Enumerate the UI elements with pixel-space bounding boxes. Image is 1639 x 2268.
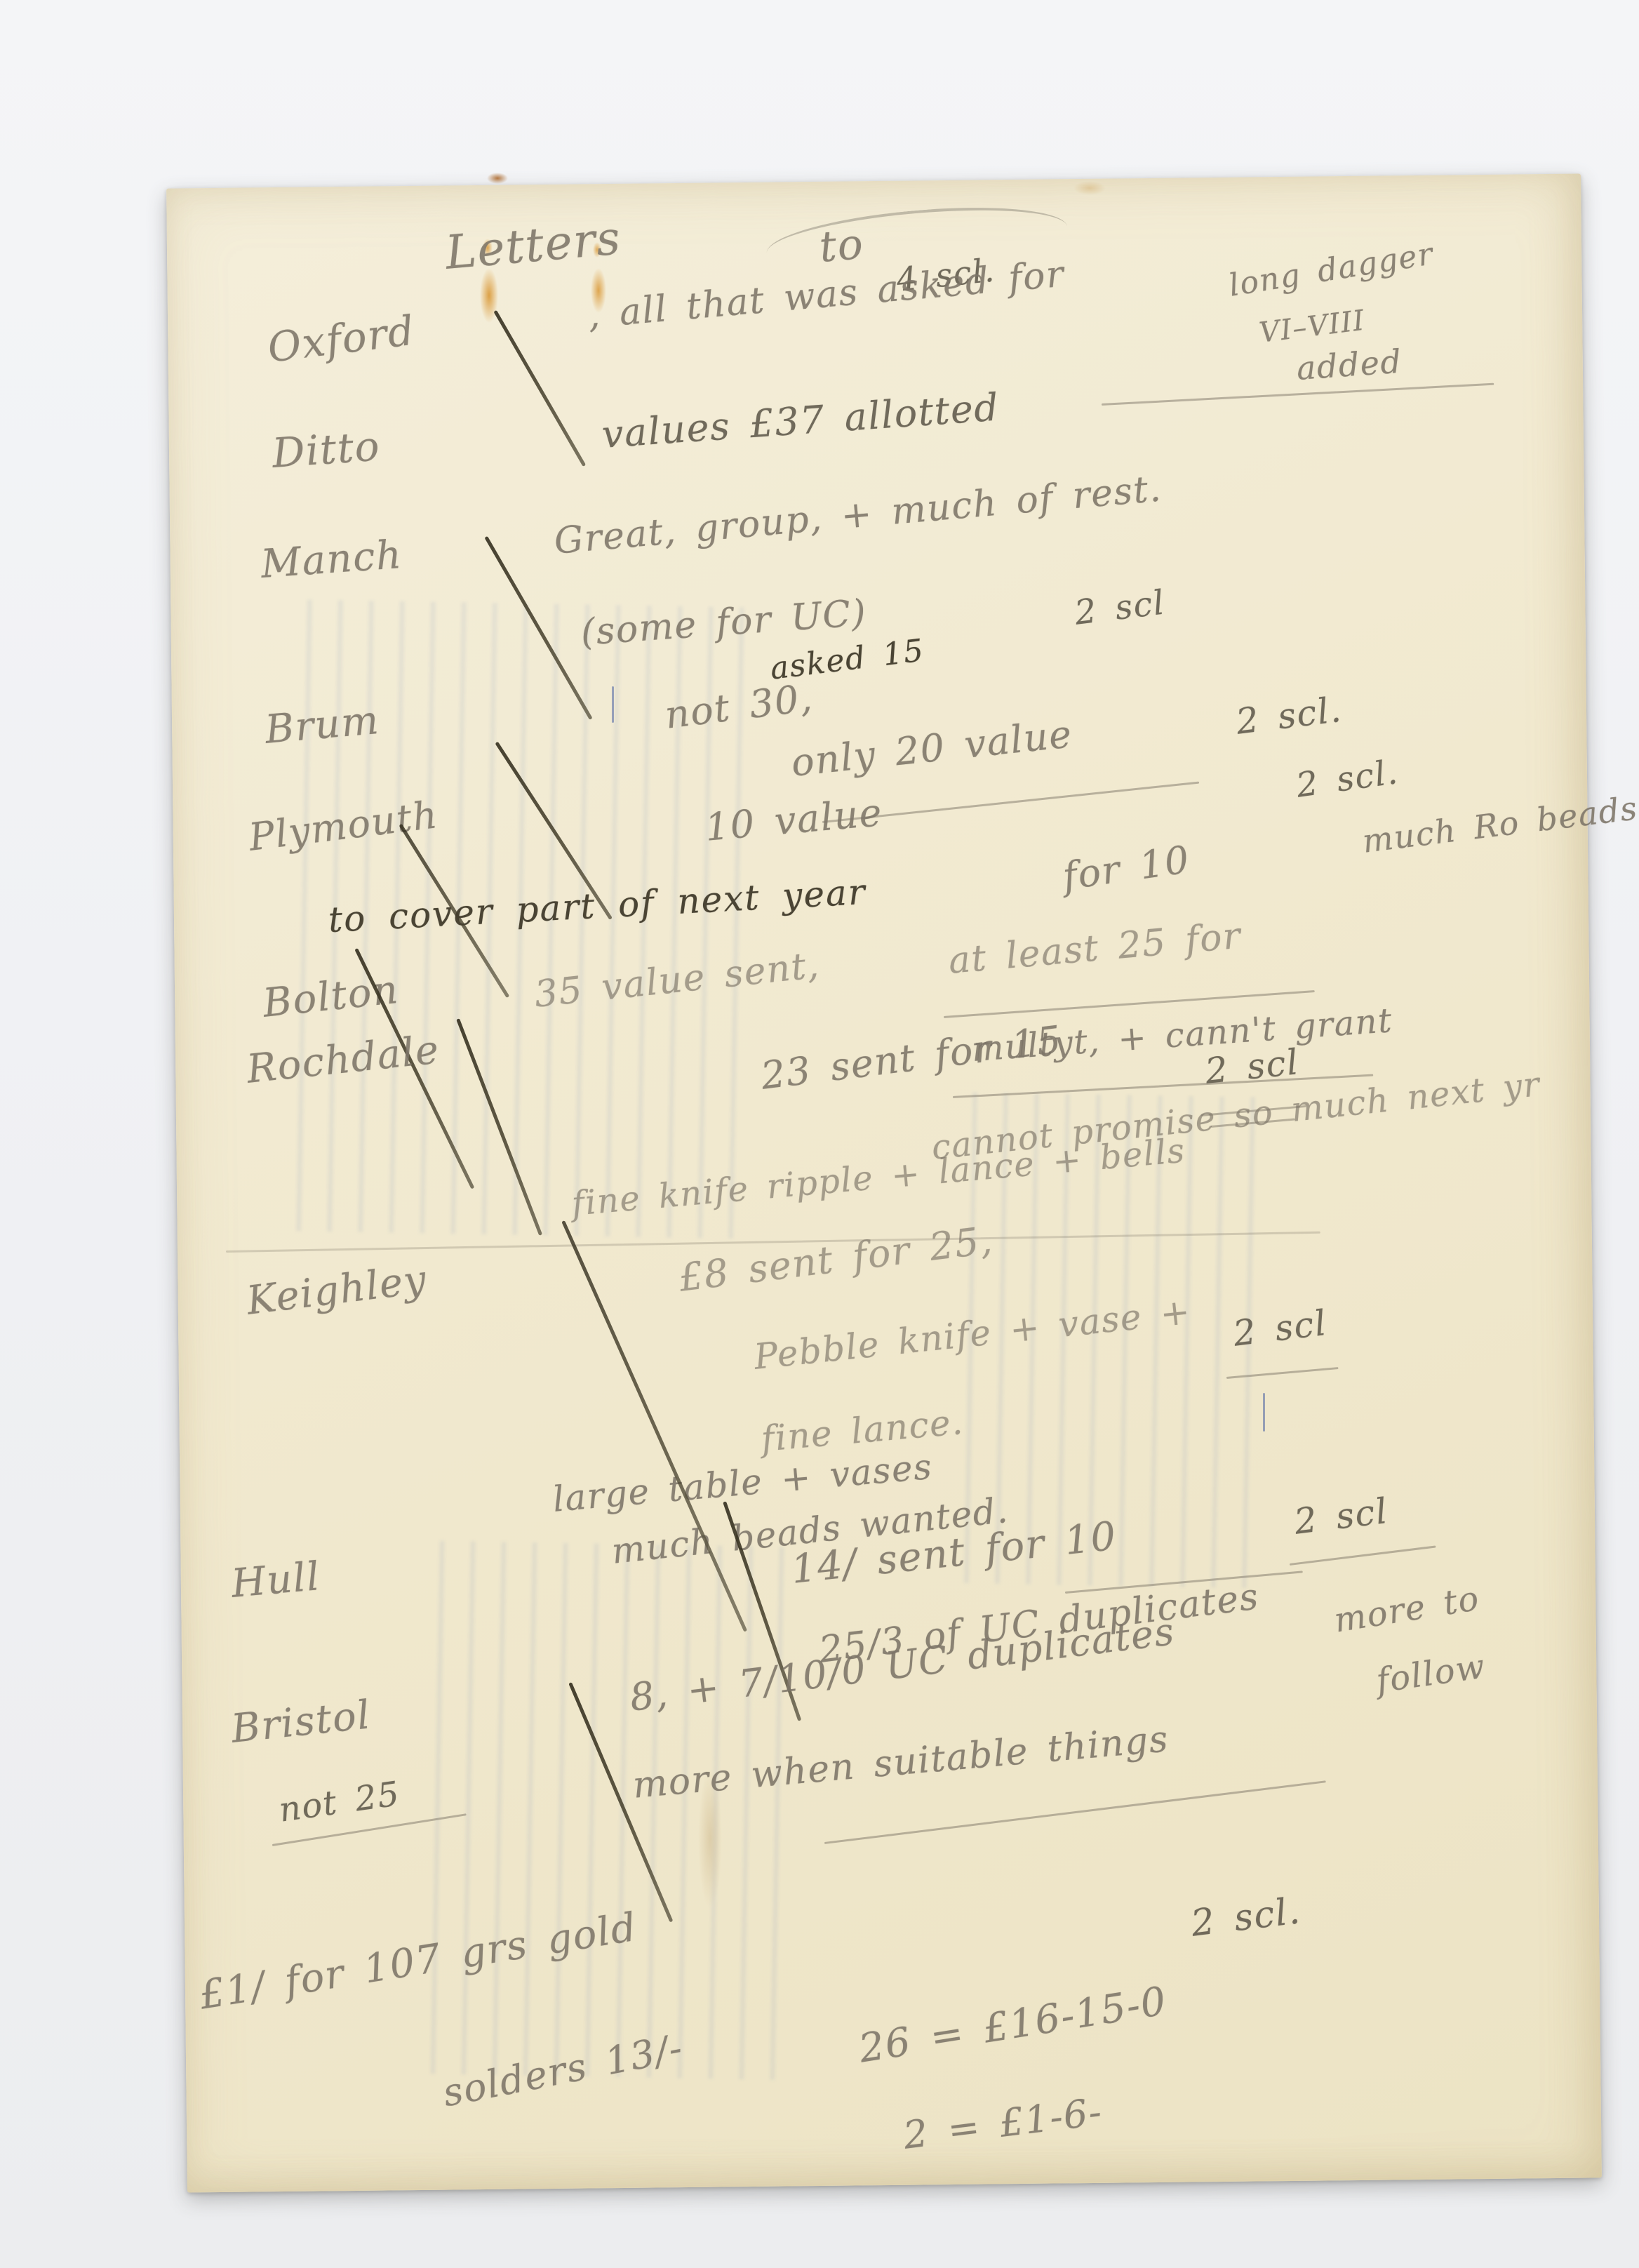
blue-ink-mark [612, 686, 614, 723]
edge-stain [487, 173, 508, 184]
entry-hull-name: Hull [229, 1554, 322, 1607]
entry-ditto-name: Ditto [271, 422, 382, 477]
photo-backdrop: Letters to 4 scl. long dagger VI–VIII ad… [0, 0, 1639, 2268]
blue-ink-mark [1263, 1393, 1265, 1432]
margin-note-added: added [1295, 342, 1403, 387]
